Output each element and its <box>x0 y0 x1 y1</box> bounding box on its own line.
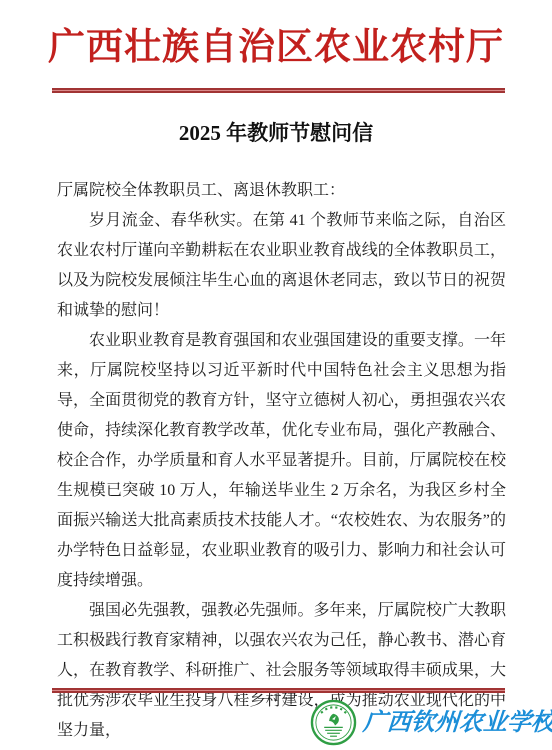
school-watermark: 广西钦州农业学校 <box>310 699 552 746</box>
letterhead-title: 广西壮族自治区农业农村厅 <box>0 24 552 72</box>
document-page: 广西壮族自治区农业农村厅 2025 年教师节慰问信 厅属院校全体教职员工、离退休… <box>0 0 552 750</box>
document-title: 2025 年教师节慰问信 <box>0 118 552 148</box>
paragraph-1: 岁月流金、春华秋实。在第 41 个教师节来临之际，自治区农业农村厅谨向辛勤耕耘在… <box>57 206 506 326</box>
school-name: 广西钦州农业学校 <box>361 699 552 746</box>
letter-body: 厅属院校全体教职员工、离退休教职工： 岁月流金、春华秋实。在第 41 个教师节来… <box>57 176 506 746</box>
school-logo-icon <box>310 699 357 746</box>
salutation: 厅属院校全体教职员工、离退休教职工： <box>57 176 506 206</box>
letterhead-rule <box>52 88 505 93</box>
paragraph-2: 农业职业教育是教育强国和农业强国建设的重要支撑。一年来，厅属院校坚持以习近平新时… <box>57 326 506 596</box>
